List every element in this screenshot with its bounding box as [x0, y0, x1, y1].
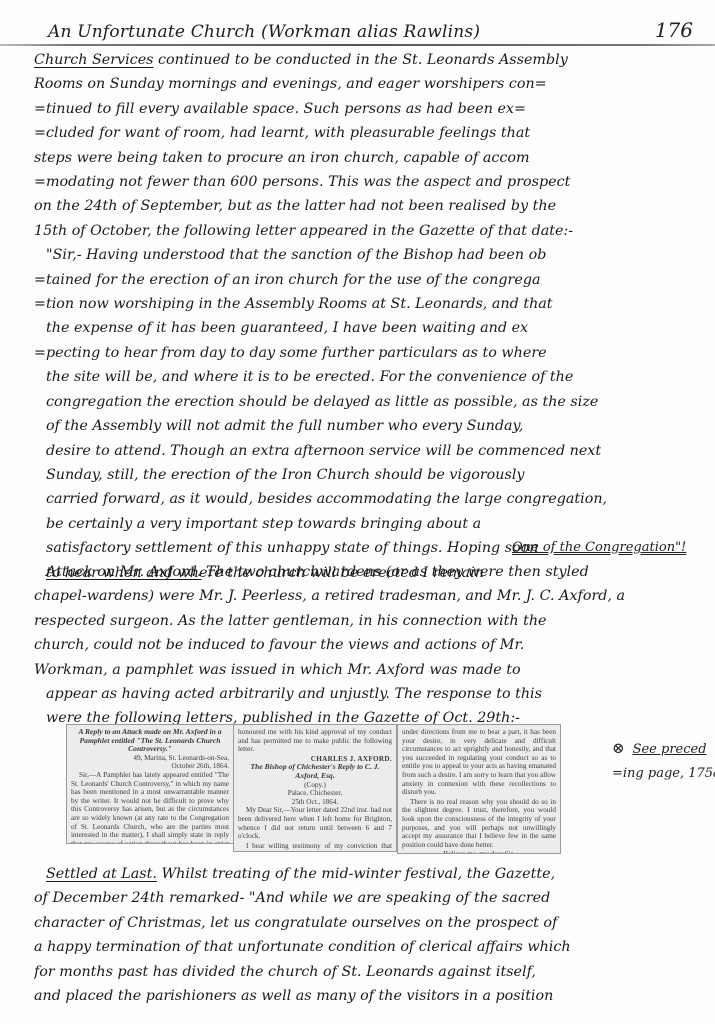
text-line: for months past has divided the church o… — [34, 960, 694, 984]
margin-note: ⊗See preced =ing page, 175a — [612, 736, 715, 786]
text-line: of December 24th remarked- "And while we… — [34, 886, 694, 910]
text-line: =cluded for want of room, had learnt, wi… — [34, 121, 694, 145]
header-rule — [0, 44, 715, 46]
text-line: respected surgeon. As the latter gentlem… — [34, 609, 694, 633]
newspaper-clipping-col2: honoured me with his kind approval of my… — [233, 724, 397, 852]
text-line: steps were being taken to procure an iro… — [34, 146, 694, 170]
text-line: Church Services continued to be conducte… — [34, 48, 694, 72]
text-line: Rooms on Sunday mornings and evenings, a… — [34, 72, 694, 96]
text-line: 15th of October, the following letter ap… — [34, 219, 694, 243]
text-line: chapel-wardens) were Mr. J. Peerless, a … — [34, 584, 694, 608]
text-line: Attack on Mr. Axford. The two churchward… — [34, 560, 694, 584]
letter-signature: One of the Congregation"! — [512, 540, 686, 555]
text-line: appear as having acted arbitrarily and u… — [34, 682, 694, 706]
text-line: the site will be, and where it is to be … — [34, 365, 694, 389]
text-line: a happy termination of that unfortunate … — [34, 935, 694, 959]
clipping-body: I bear willing testimony of my convictio… — [238, 842, 392, 852]
clipping-body: under directions from me to bear a part,… — [402, 728, 556, 797]
text-line: on the 24th of September, but as the lat… — [34, 194, 694, 218]
clipping-closing: Believe me, my dear Sir, — [402, 850, 556, 854]
text-line: congregation the erection should be dela… — [34, 390, 694, 414]
text-line: =pecting to hear from day to day some fu… — [34, 341, 694, 365]
text-line: =tinued to fill every available space. S… — [34, 97, 694, 121]
text-line: =tained for the erection of an iron chur… — [34, 268, 694, 292]
page-title: An Unfortunate Church (Workman alias Raw… — [48, 22, 480, 42]
text-line: "Sir,- Having understood that the sancti… — [34, 243, 694, 267]
section-church-services: Church Services continued to be conducte… — [34, 48, 694, 585]
text-line: Sunday, still, the erection of the Iron … — [34, 463, 694, 487]
clipping-date: 25th Oct., 1864. — [238, 798, 392, 807]
clipping-address: 49, Marina, St. Leonards-on-Sea, — [71, 754, 229, 763]
text-line: Workman, a pamphlet was issued in which … — [34, 658, 694, 682]
clipping-body: There is no real reason why you should d… — [402, 798, 556, 850]
page-number: 176 — [655, 18, 693, 42]
newspaper-clipping-col3: under directions from me to bear a part,… — [397, 724, 561, 854]
section-heading: Attack on Mr. Axford. — [46, 564, 201, 580]
newspaper-clipping-col1: A Reply to an Attack made on Mr. Axford … — [66, 724, 234, 844]
clipping-copy-label: (Copy.) — [238, 781, 392, 790]
text-line: and placed the parishioners as well as m… — [34, 984, 694, 1008]
text-line: character of Christmas, let us congratul… — [34, 911, 694, 935]
text-line: =tion now worshiping in the Assembly Roo… — [34, 292, 694, 316]
text-line: church, could not be induced to favour t… — [34, 633, 694, 657]
cross-reference-icon: ⊗ — [612, 739, 625, 757]
clipping-address: Palace, Chichester, — [238, 789, 392, 798]
clipping-body: Sir,—A Pamphlet has lately appeared enti… — [71, 771, 229, 844]
text-line: desire to attend. Though an extra aftern… — [34, 439, 694, 463]
clipping-title: The Bishop of Chichester's Reply to C. J… — [238, 763, 392, 780]
text-line: carried forward, as it would, besides ac… — [34, 487, 694, 511]
text-line: =modating not fewer than 600 persons. Th… — [34, 170, 694, 194]
section-heading: Settled at Last. — [46, 866, 157, 882]
text-line: of the Assembly will not admit the full … — [34, 414, 694, 438]
clipping-date: October 26th, 1864. — [71, 762, 229, 771]
text-line: the expense of it has been guaranteed, I… — [34, 316, 694, 340]
clipping-title: A Reply to an Attack made on Mr. Axford … — [71, 728, 229, 754]
section-settled-at-last: Settled at Last. Whilst treating of the … — [34, 862, 694, 1008]
text-line: be certainly a very important step towar… — [34, 512, 694, 536]
text-line: Settled at Last. Whilst treating of the … — [34, 862, 694, 886]
clipping-body: honoured me with his kind approval of my… — [238, 728, 392, 754]
document-page: An Unfortunate Church (Workman alias Raw… — [0, 0, 715, 1024]
clipping-body: My Dear Sir,—Your letter dated 22nd inst… — [238, 806, 392, 840]
section-attack-on-axford: Attack on Mr. Axford. The two churchward… — [34, 560, 694, 731]
section-heading: Church Services — [34, 52, 154, 68]
